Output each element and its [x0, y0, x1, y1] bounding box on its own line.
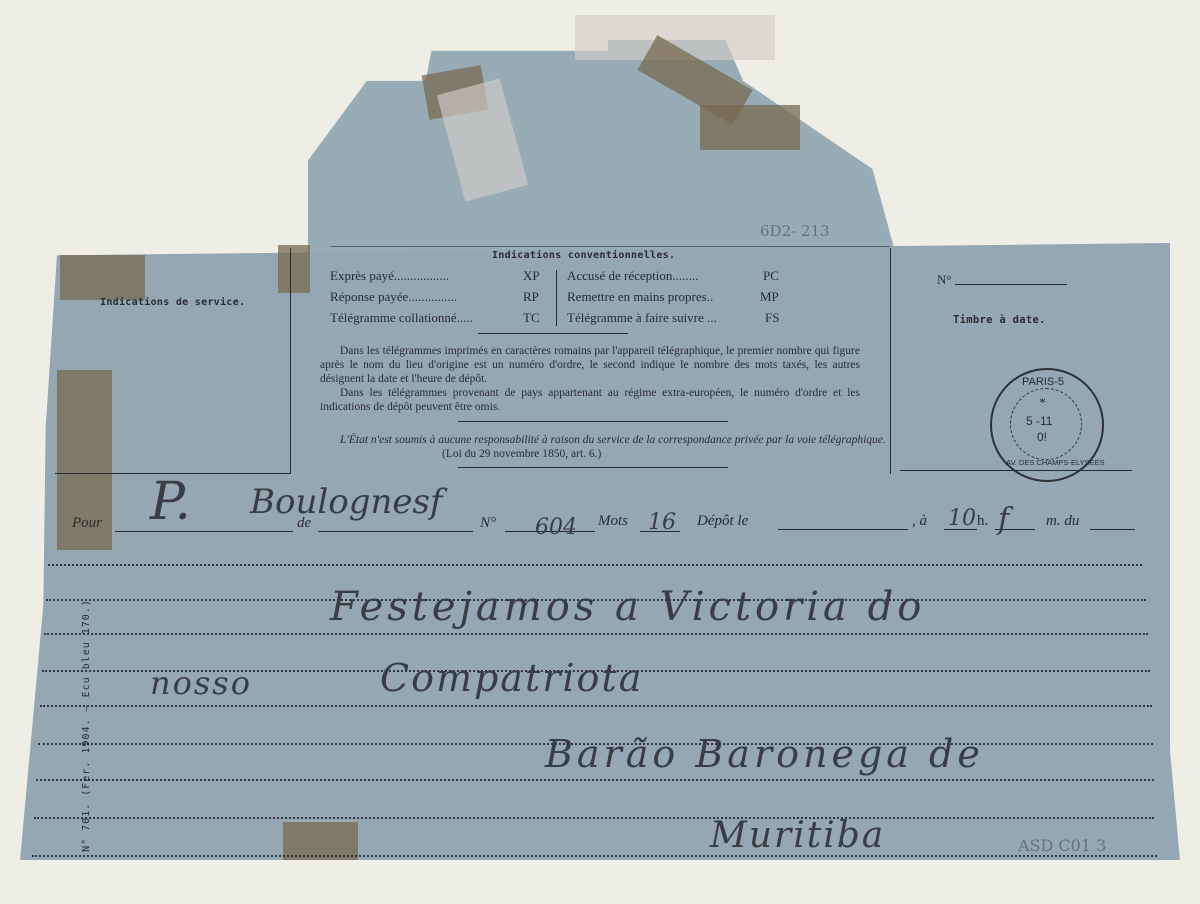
date-stamp-label: Timbre à date.: [953, 314, 1046, 326]
message-rule: [40, 705, 1152, 707]
service-indications-label: Indications de service.: [100, 297, 245, 308]
number-label: N°: [937, 272, 952, 288]
message-rule: [48, 564, 1142, 566]
code-value: PC: [763, 268, 779, 284]
tape-strip: [700, 105, 800, 150]
divider-rule: [458, 467, 728, 468]
postmark-year: 0!: [1037, 430, 1047, 444]
service-box-border: [290, 248, 291, 474]
code-value: FS: [765, 310, 779, 326]
number-field-value[interactable]: 604: [535, 515, 577, 540]
code-value: XP: [523, 268, 540, 284]
code-value: MP: [760, 289, 779, 305]
postmark-stamp: PARIS-5 * 5 -11 0! AV. DES CHAMPS-ELYSEE…: [990, 368, 1104, 482]
deposit-hour-value[interactable]: 10: [948, 506, 976, 531]
postmark-top-text: PARIS-5: [1022, 376, 1064, 388]
pour-field-line: [115, 531, 293, 532]
disclaimer-law: (Loi du 29 novembre 1850, art. 6.): [442, 447, 601, 461]
message-rule: [36, 779, 1154, 781]
date-box-border: [890, 248, 891, 474]
divider-rule: [478, 333, 628, 334]
postmark-bottom-text: AV. DES CHAMPS-ELYSEES: [1006, 458, 1105, 467]
words-value[interactable]: 16: [648, 510, 676, 535]
number-field-line: [955, 284, 1067, 285]
deposit-date-label: Dépôt le: [697, 513, 748, 530]
tape-strip: [60, 255, 145, 300]
hour-unit-label: h.: [977, 513, 988, 530]
archive-ref-bottom: ASD C01 3: [1018, 836, 1106, 855]
top-rule: [330, 246, 890, 247]
pour-value[interactable]: P.: [150, 472, 191, 532]
code-label: Télégramme à faire suivre ...: [567, 310, 717, 326]
code-label: Réponse payée...............: [330, 289, 457, 305]
message-line-2-word-2[interactable]: Compatriota: [380, 656, 643, 700]
code-label: Télégramme collationné.....: [330, 310, 473, 326]
words-label: Mots: [598, 513, 628, 530]
code-label: Accusé de réception........: [567, 268, 698, 284]
du-field-line: [1090, 529, 1135, 530]
code-value: TC: [523, 310, 540, 326]
code-value: RP: [523, 289, 539, 305]
code-divider: [556, 270, 557, 326]
message-signature-line-2[interactable]: Muritiba: [710, 815, 885, 856]
tape-strip: [278, 245, 310, 293]
message-rule: [32, 855, 1157, 857]
message-line-2-word-1[interactable]: nosso: [150, 664, 252, 702]
divider-rule: [458, 421, 728, 422]
code-label: Exprès payé.................: [330, 268, 449, 284]
postmark-date: 5 -11: [1026, 414, 1052, 428]
postmark-star: *: [1039, 396, 1046, 412]
archive-ref-top: 6D2- 213: [760, 222, 830, 240]
form-print-reference: N° 701. (Fer. 1904. — Ecu bleu 170.): [81, 599, 92, 852]
message-rule: [44, 633, 1148, 635]
instructions-paragraph-1: Dans les télégrammes imprimés en caractè…: [320, 344, 860, 386]
code-label: Remettre en mains propres..: [567, 289, 713, 305]
message-line-1[interactable]: Festejamos a Victoria do: [330, 584, 925, 630]
number-field-label: N°: [480, 515, 496, 532]
de-field-line: [318, 531, 473, 532]
deposit-date-field-line: [778, 529, 908, 530]
de-value[interactable]: Boulognesf: [250, 482, 443, 522]
minute-unit-label: m. du: [1046, 513, 1079, 530]
instructions-paragraph-2: Dans les télégrammes provenant de pays a…: [320, 386, 860, 414]
deposit-minute-value[interactable]: f: [998, 502, 1009, 537]
message-rule: [34, 817, 1154, 819]
message-signature-line-1[interactable]: Barão Baronega de: [545, 732, 984, 776]
deposit-hour-label: , à: [912, 513, 927, 530]
conventional-indications-title: Indications conventionnelles.: [492, 250, 675, 261]
disclaimer-text: L'État n'est soumis à aucune responsabil…: [340, 433, 886, 447]
pour-label: Pour: [72, 515, 102, 532]
